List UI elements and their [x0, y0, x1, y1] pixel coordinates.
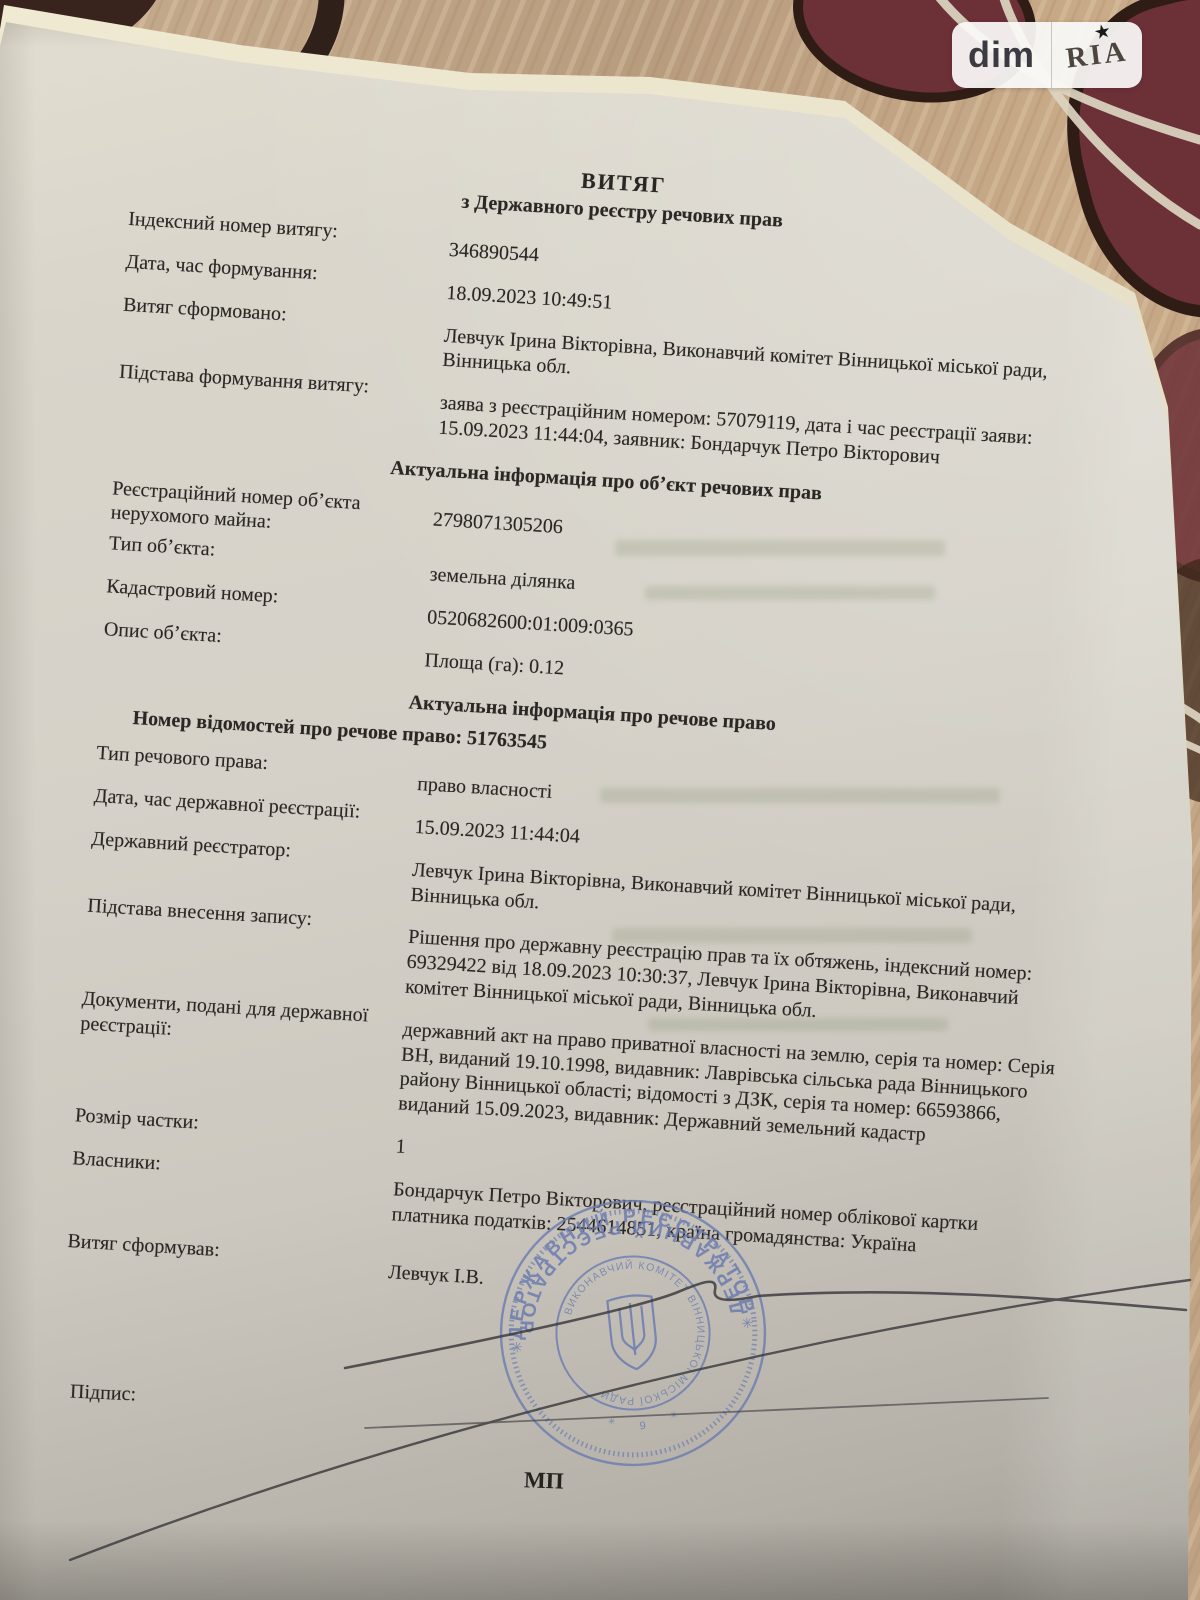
star-separator-icon: ✳ [510, 1339, 523, 1356]
signature-label: Підпис: [70, 1381, 137, 1407]
official-stamp: ДЕРЖАВНИЙ РЕЄСТРАТОР ДЕРЖАВНИЙ РЕЄСТРАТО… [478, 1178, 788, 1488]
field-label: Власники: [70, 1146, 373, 1225]
watermark-dim: dim [952, 22, 1052, 88]
field-label: Державний реєстратор: [89, 827, 392, 906]
meta-rows: Індексний номер витягу: 346890544 Дата, … [116, 207, 1112, 480]
star-separator-icon: ✳ [669, 1409, 678, 1420]
watermark-dim-text: dim [968, 34, 1035, 76]
field-label: Реєстраційний номер об’єкта нерухомого м… [110, 476, 412, 543]
watermark-badge: dim ★ RIA [952, 22, 1142, 88]
field-label: Підстава формування витягу: [116, 360, 419, 439]
star-separator-icon: ✳ [741, 1314, 754, 1331]
star-separator-icon: ✳ [607, 1416, 616, 1427]
trident-icon [607, 1294, 659, 1372]
seal-abbreviation: МП [524, 1467, 564, 1494]
stamp-center-number: 9 [639, 1420, 646, 1433]
document-content: ВИТЯГ з Державного реєстру речових прав … [66, 140, 1117, 1331]
field-label: Витяг сформовано: [120, 292, 423, 371]
watermark-ria: ★ RIA [1052, 22, 1142, 88]
photo-scene: ВИТЯГ з Державного реєстру речових прав … [0, 0, 1200, 1600]
field-label: Підстава внесення запису: [83, 894, 388, 998]
watermark-ria-text: RIA [1064, 35, 1130, 75]
field-label: Документи, подані для державної реєстрац… [76, 986, 382, 1115]
